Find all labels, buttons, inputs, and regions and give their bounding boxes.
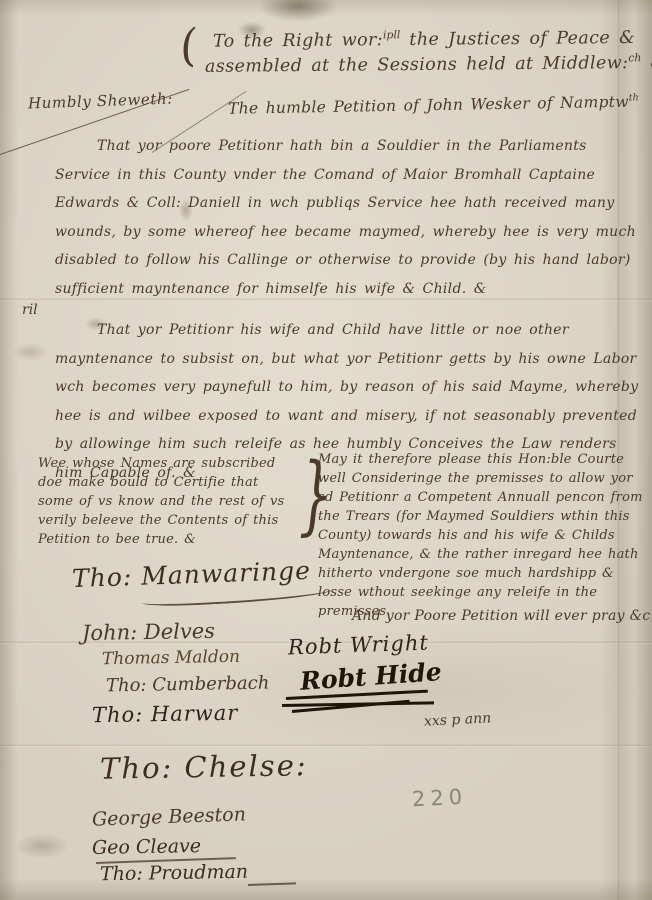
prayer-closing: And yor Poore Petition will ever pray &c… (352, 608, 652, 624)
header-line-1-rest: the Justices of Peace & (400, 28, 635, 50)
archive-page-number: 220 (411, 785, 467, 812)
petition-document: ( To the Right wor:ipll the Justices of … (0, 0, 652, 900)
header-line-2-text: assembled at the Sessions held at Middle… (205, 53, 629, 77)
signature-robt-wright: Robt Wright (288, 631, 430, 660)
signature-george-beeston: George Beeston (92, 803, 247, 830)
signature-tho-proudman: Tho: Proudman (100, 861, 248, 886)
header-line-1-text: To the Right wor: (213, 30, 383, 51)
subheader-superscript: th (629, 92, 639, 103)
header-flourish: ( (177, 24, 200, 70)
prayer-paragraph: May it therefore please this Hon:ble Cou… (318, 450, 644, 621)
certification-text: Wee whose Names are subscribed doe make … (38, 454, 290, 549)
header-line-1-superscript: ipll (383, 28, 400, 41)
signature-trailing-stroke (248, 882, 296, 886)
pension-annotation: xxs p ann (424, 710, 492, 729)
header-line-1: To the Right wor:ipll the Justices of Pe… (213, 26, 635, 52)
header-line-2-superscript: ch (628, 51, 641, 64)
petition-paragraph-1: That yor poore Petitionr hath bin a Soul… (55, 132, 641, 303)
signature-geo-cleave: Geo Cleave (92, 835, 201, 859)
signature-thomas-maldon: Thomas Maldon (102, 647, 240, 669)
signature-tho-chelse: Tho: Chelse: (100, 748, 308, 786)
header-line-2-rest: & (641, 53, 652, 73)
signature-tho-cumberbach: Tho: Cumberbach (106, 673, 270, 697)
signature-john-delves: John: Delves (82, 619, 215, 645)
margin-note: ril (22, 302, 38, 318)
header-line-2: assembled at the Sessions held at Middle… (205, 51, 652, 77)
subheader-text: The humble Petition of John Wesker of Na… (228, 93, 629, 118)
signature-tho-harwar: Tho: Harwar (92, 701, 239, 728)
margin-humbly-sheweth: Humbly Sheweth: (28, 89, 173, 112)
petition-subheader: The humble Petition of John Wesker of Na… (228, 92, 639, 117)
horizontal-crease (0, 744, 652, 747)
